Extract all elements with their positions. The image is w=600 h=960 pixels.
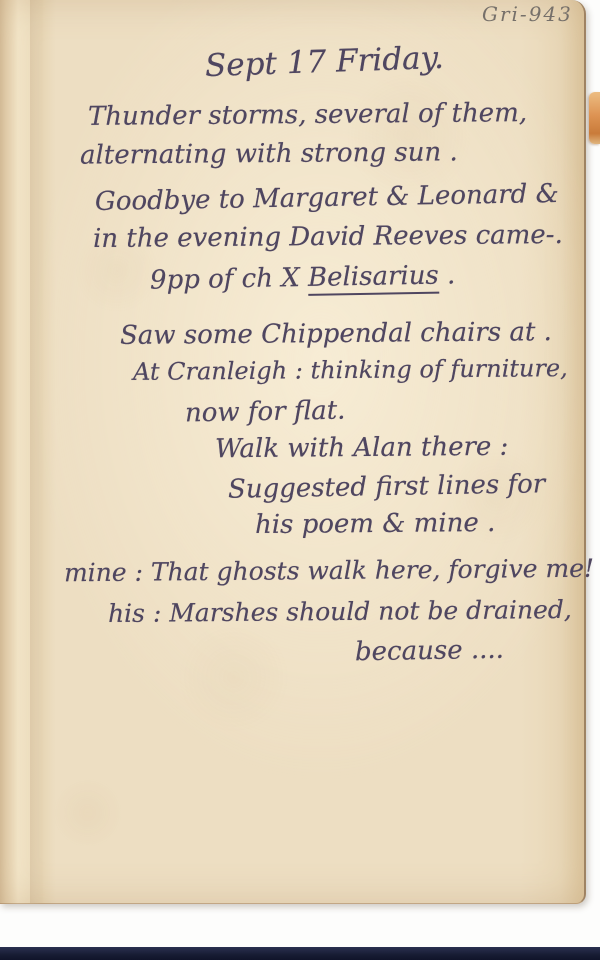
diary-line-belisarius: 9pp of ch X Belisarius . (150, 260, 456, 295)
belisarius-underlined: Belisarius (308, 261, 439, 296)
diary-line: now for flat. (185, 396, 346, 429)
diary-line: because .... (355, 635, 504, 668)
binding-fold-shadow (30, 0, 44, 903)
belisarius-prefix: 9pp of ch X (150, 263, 308, 296)
diary-line: Saw some Chippendal chairs at . (120, 317, 552, 351)
paper-edge-tear (589, 92, 600, 144)
diary-line: his : Marshes should not be drained, (108, 595, 572, 628)
diary-line: Suggested first lines for (228, 469, 546, 505)
diary-line: his poem & mine . (255, 508, 496, 540)
scanned-diary-page: Gri-943 Sept 17 Friday. Thunder storms, … (0, 0, 600, 960)
scan-footer-bar (0, 947, 600, 960)
diary-line: Thunder storms, several of them, (88, 98, 527, 132)
diary-line: alternating with strong sun . (80, 137, 458, 170)
diary-line: At Cranleigh : thinking of furniture, (133, 354, 568, 386)
archive-code: Gri-943 (482, 2, 573, 26)
belisarius-suffix: . (439, 260, 456, 290)
diary-line: Walk with Alan there : (215, 432, 509, 465)
diary-line: in the evening David Reeves came-. (93, 220, 563, 254)
diary-line: mine : That ghosts walk here, forgive me… (64, 554, 594, 588)
